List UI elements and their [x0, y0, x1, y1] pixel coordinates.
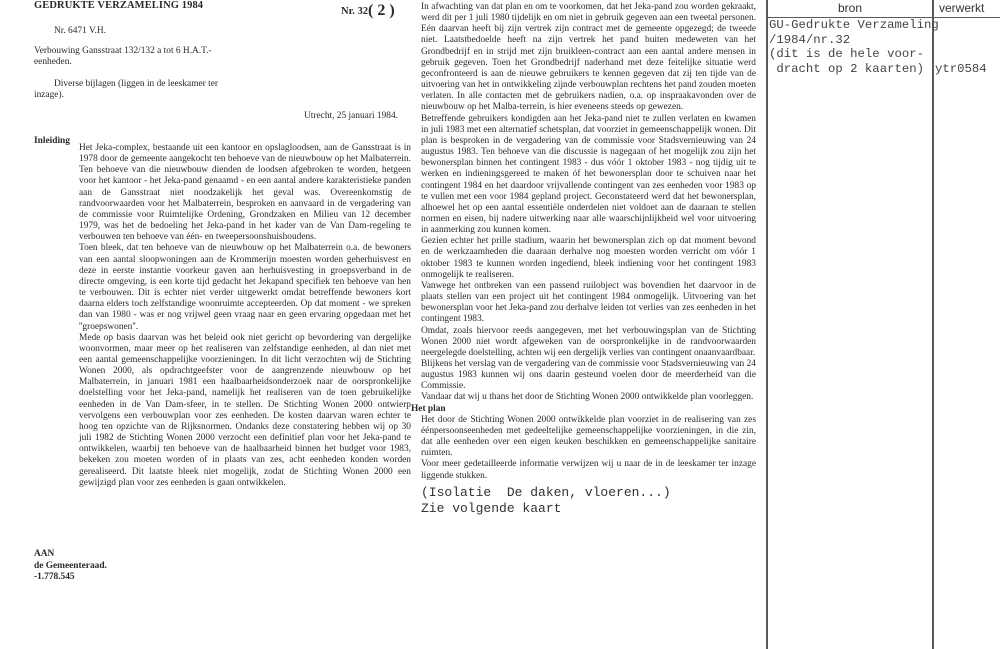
attachments-note: Diverse bijlagen (liggen in de leeskamer… — [34, 79, 244, 101]
addressee-block: AAN de Gemeenteraad. -1.778.545 — [34, 549, 107, 584]
bron-value: GU-Gedrukte Verzameling /1984/nr.32 (dit… — [769, 18, 939, 76]
paragraph: Ten behoeve van die nieuwbouw dienden de… — [79, 165, 411, 243]
column-header-verwerkt: verwerkt — [939, 1, 984, 15]
paragraph: Blijkens het verslag van de vergadering … — [421, 359, 756, 392]
sheet-number: ( 2 ) — [368, 2, 395, 20]
section-heading-het-plan: Het plan — [411, 404, 756, 415]
paragraph: Vandaar dat wij u thans het door de Stic… — [421, 392, 756, 403]
document-code: -1.778.545 — [34, 572, 107, 584]
paragraph: In afwachting van dat plan en om te voor… — [421, 2, 756, 114]
addressee-name: de Gemeenteraad. — [34, 561, 107, 573]
typed-note: (Isolatie De daken, vloeren...) — [421, 485, 756, 501]
subject-line: Verbouwing Gansstraat 132/132 a tot 6 H.… — [34, 46, 234, 68]
column-header-bron: bron — [768, 1, 932, 15]
card-border-left — [766, 0, 768, 649]
verwerkt-value: ytr0584 — [935, 62, 987, 76]
paragraph: Voor meer gedetailleerde informatie verw… — [421, 459, 756, 481]
introduction-body: Het Jeka-complex, bestaande uit een kant… — [79, 143, 411, 489]
index-card: bron verwerkt GU-Gedrukte Verzameling /1… — [766, 0, 1000, 649]
reference-number: Nr. 6471 V.H. — [54, 26, 106, 37]
collection-title: GEDRUKTE VERZAMELING 1984 — [34, 0, 203, 11]
continuation-body: In afwachting van dat plan en om te voor… — [421, 2, 756, 517]
paragraph: Vanwege het ontbreken van een passend ru… — [421, 281, 756, 326]
place-date: Utrecht, 25 januari 1984. — [304, 111, 398, 122]
paragraph: Toen bleek, dat ten behoeve van de nieuw… — [79, 243, 411, 332]
paragraph: Het Jeka-complex, bestaande uit een kant… — [79, 143, 411, 165]
paragraph: Mede op basis daarvan was het beleid ook… — [79, 333, 411, 489]
document-number: Nr. 32 — [341, 6, 368, 17]
section-heading-inleiding: Inleiding — [34, 136, 70, 146]
typed-note: Zie volgende kaart — [421, 501, 756, 517]
addressee-label: AAN — [34, 549, 107, 561]
paragraph: Betreffende gebruikers kondigden aan het… — [421, 114, 756, 237]
paragraph: Gezien echter het prille stadium, waarin… — [421, 236, 756, 281]
paragraph: Het door de Stichting Wonen 2000 ontwikk… — [421, 415, 756, 460]
card-column-divider — [932, 0, 934, 649]
paragraph: Omdat, zoals hiervoor reeds aangegeven, … — [421, 326, 756, 359]
typed-notes: (Isolatie De daken, vloeren...) Zie volg… — [421, 485, 756, 517]
